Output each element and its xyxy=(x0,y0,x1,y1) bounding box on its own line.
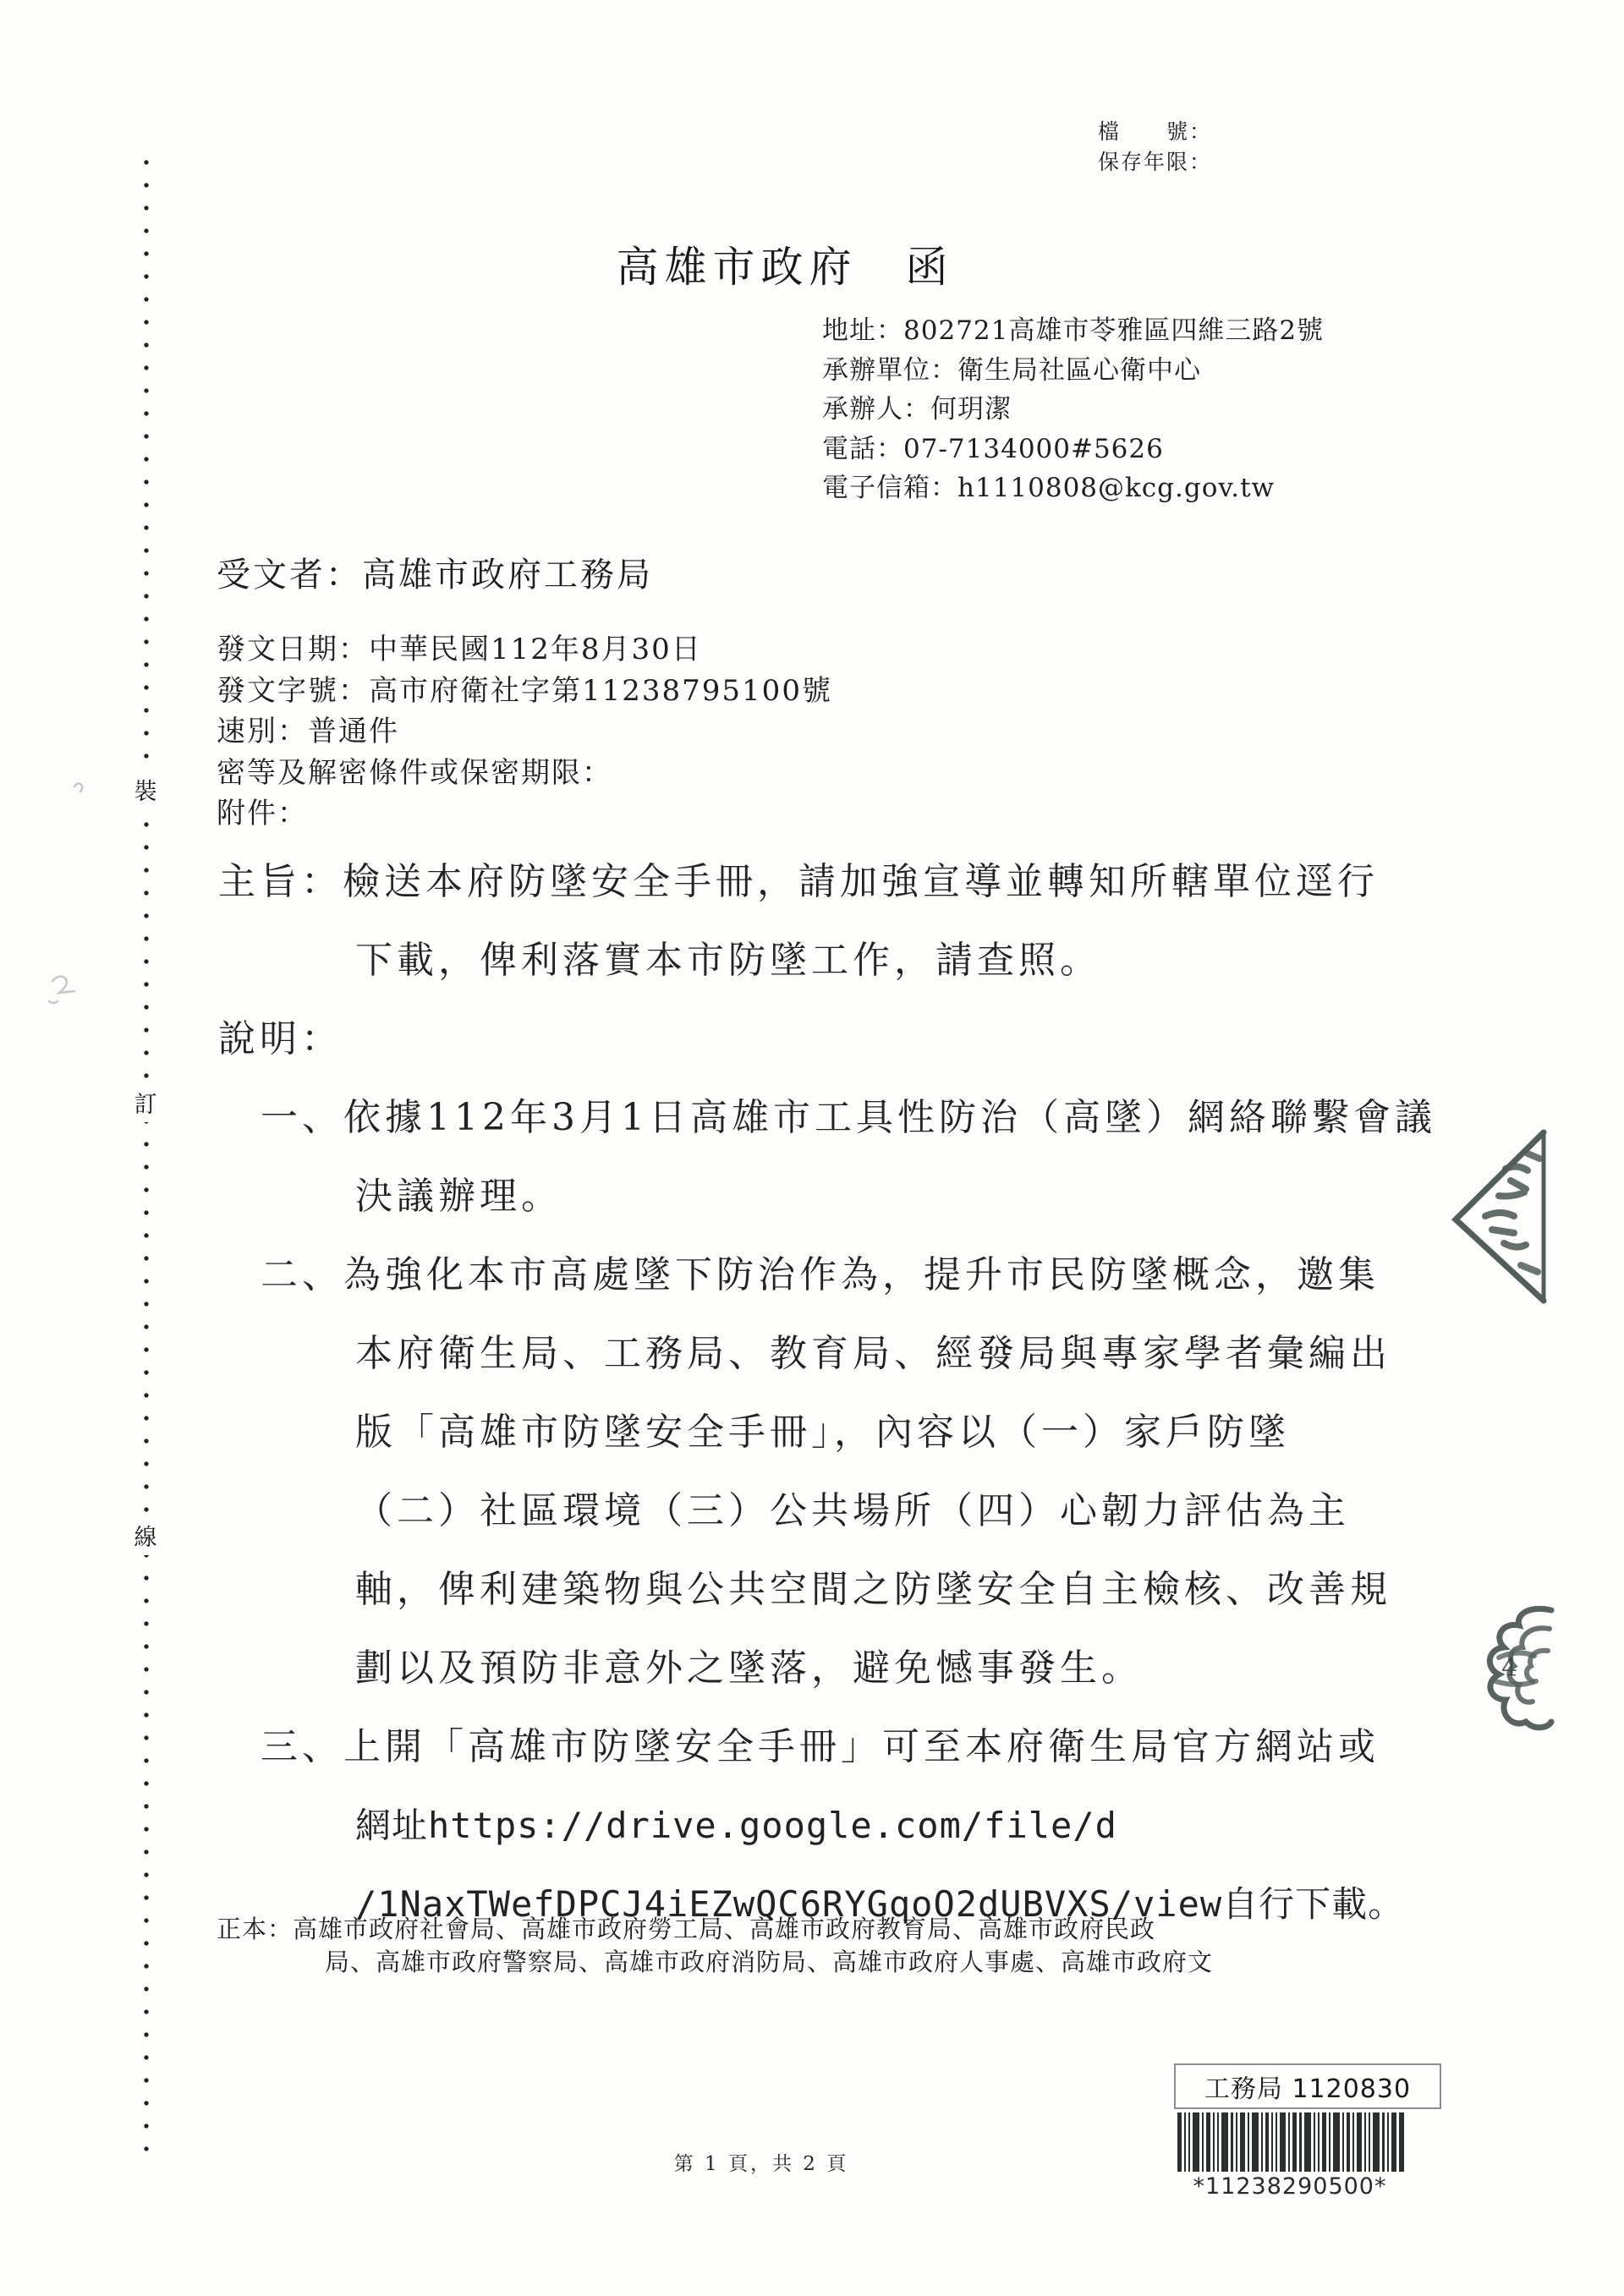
item-2-line-3: 版「高雄市防墜安全手冊」，內容以（一）家戶防墜 xyxy=(0,1393,1506,1471)
sender-person: 承辦人：何玥潔 xyxy=(822,390,1324,430)
copy-to-line-1: 正本：高雄市政府社會局、高雄市政府勞工局、高雄市政府教育局、高雄市政府民政 xyxy=(217,1913,1435,1946)
issuing-meta-block: 發文日期：中華民國112年8月30日 發文字號：高市府衛社字第112387951… xyxy=(217,629,832,835)
sender-unit: 承辦單位：衛生局社區心衛中心 xyxy=(822,351,1324,391)
recipient-line: 受文者：高雄市政府工務局 xyxy=(217,548,653,596)
item-2-line-6: 劃以及預防非意外之墜落，避免憾事發生。 xyxy=(0,1629,1506,1707)
sender-address: 地址：802721高雄市苓雅區四維三路2號 xyxy=(822,311,1324,351)
binding-mark-zhuang: 裝 xyxy=(131,775,160,809)
copy-to-block: 正本：高雄市政府社會局、高雄市政府勞工局、高雄市政府教育局、高雄市政府民政 局、… xyxy=(217,1913,1435,1979)
issue-date-line: 發文日期：中華民國112年8月30日 xyxy=(217,629,832,671)
sender-info-block: 地址：802721高雄市苓雅區四維三路2號 承辦單位：衛生局社區心衛中心 承辦人… xyxy=(822,311,1324,508)
item-2-line-5: 軸，俾利建築物與公共空間之防墜安全自主檢核、改善規 xyxy=(0,1550,1506,1629)
sender-phone: 電話：07-7134000#5626 xyxy=(822,430,1324,469)
page-title: 高雄市政府 函 xyxy=(0,233,1570,294)
barcode xyxy=(1177,2112,1404,2172)
item-2-line-4: （二）社區環境（三）公共場所（四）心韌力評估為主 xyxy=(0,1471,1506,1550)
archive-labels: 檔 號： 保存年限： xyxy=(1098,117,1212,178)
item-3-url-line-1: 網址https://drive.google.com/file/d xyxy=(0,1786,1506,1865)
item-3-line-1: 三、上開「高雄市防墜安全手冊」可至本府衛生局官方網站或 xyxy=(0,1707,1506,1786)
security-line: 密等及解密條件或保密期限： xyxy=(217,753,832,794)
file-number-label: 檔 號： xyxy=(1098,117,1212,147)
pencil-marks xyxy=(44,768,95,1013)
item-1-line-1: 一、依據112年3月1日高雄市工具性防治（高墜）網絡聯繫會議 xyxy=(0,1078,1506,1157)
letter-body: 主旨：檢送本府防墜安全手冊，請加強宣導並轉知所轄單位逕行 下載，俾利落實本市防墜… xyxy=(0,842,1506,1943)
item-2-line-2: 本府衛生局、工務局、教育局、經發局與專家學者彙編出 xyxy=(0,1314,1506,1393)
explanation-heading: 說明： xyxy=(0,1000,1506,1078)
flower-stamp-number: 4 xyxy=(1501,1653,1517,1683)
barcode-number: *11238290500* xyxy=(1167,2173,1413,2200)
copy-to-line-2: 局、高雄市政府警察局、高雄市政府消防局、高雄市政府人事處、高雄市政府文 xyxy=(217,1946,1435,1979)
item-2-line-1: 二、為強化本市高處墜下防治作為，提升市民防墜概念，邀集 xyxy=(0,1236,1506,1314)
subject-line-2: 下載，俾利落實本市防墜工作，請查照。 xyxy=(0,921,1506,1000)
item-1-line-2: 決議辦理。 xyxy=(0,1157,1506,1236)
retention-period-label: 保存年限： xyxy=(1098,147,1212,178)
sender-email: 電子信箱：h1110808@kcg.gov.tw xyxy=(822,469,1324,508)
partial-diamond-stamp xyxy=(1448,1125,1548,1309)
received-chop-label: 工務局 1120830 xyxy=(1204,2068,1411,2105)
subject-line-1: 主旨：檢送本府防墜安全手冊，請加強宣導並轉知所轄單位逕行 xyxy=(0,842,1506,921)
issue-number-line: 發文字號：高市府衛社字第11238795100號 xyxy=(217,671,832,712)
speed-line: 速別：普通件 xyxy=(217,711,832,753)
attachment-line: 附件： xyxy=(217,793,832,835)
received-chop-label-box: 工務局 1120830 xyxy=(1174,2063,1441,2109)
scanned-official-letter-page: 裝 訂 線 檔 號： 保存年限： 高雄市政府 函 地址：802721高雄市苓雅區… xyxy=(0,0,1624,2296)
